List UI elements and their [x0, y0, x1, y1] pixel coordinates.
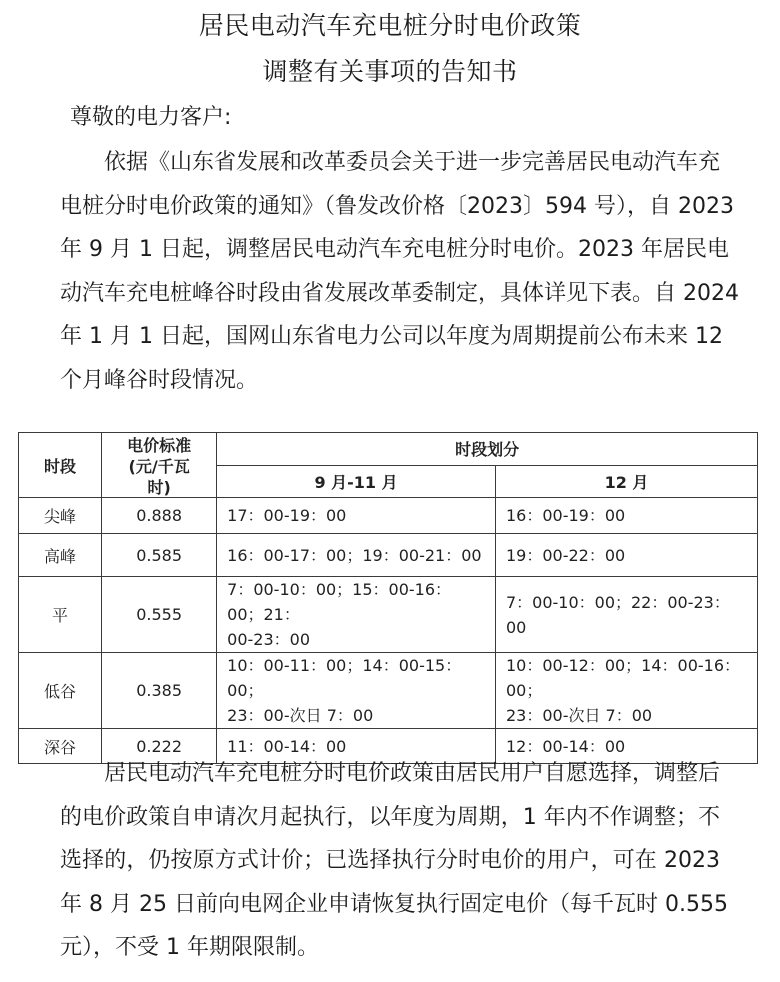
cell-sep-nov: 17：00-19：00 [217, 498, 496, 534]
text-line: 年 9 月 1 日起，调整居民电动汽车充电桩分时电价。2023 年居民电 [60, 228, 720, 272]
text-line: 年 1 月 1 日起，国网山东省电力公司以年度为周期提前公布未来 12 [60, 315, 720, 359]
cell-price: 0.585 [102, 534, 217, 577]
text-line: 的电价政策自申请次月起执行，以年度为周期，1 年内不作调整；不 [60, 796, 720, 840]
cell-price: 0.385 [102, 653, 217, 729]
text-line: 选择的，仍按原方式计价；已选择执行分时电价的用户，可在 2023 [60, 839, 720, 883]
header-time-division: 时段划分 [217, 433, 758, 466]
time-range: 23：00-次日 7：00 [506, 703, 747, 728]
time-range: 16：00-19：00 [506, 503, 747, 528]
header-price-line: 电价标准 [112, 435, 206, 456]
text-line: 电桩分时电价政策的通知》（鲁发改价格〔2023〕594 号），自 2023 [60, 185, 720, 229]
text-line: 元），不受 1 年期限限制。 [60, 926, 720, 970]
header-price-line: 时) [112, 477, 206, 497]
time-range: 10：00-12：00；14：00-16： [506, 653, 747, 678]
cell-period: 平 [19, 577, 102, 653]
table-row: 高峰 0.585 16：00-17：00；19：00-21：00 19：00-2… [19, 534, 758, 577]
cell-sep-nov: 10：00-11：00；14：00-15：00； 23：00-次日 7：00 [217, 653, 496, 729]
text-line: 个月峰谷时段情况。 [60, 359, 720, 403]
cell-price: 0.888 [102, 498, 217, 534]
time-range: 7：00-10：00；15：00-16：00；21： [227, 577, 485, 627]
text-line: 动汽车充电桩峰谷时段由省发展改革委制定，具体详见下表。自 2024 [60, 272, 720, 316]
time-range: 7：00-10：00；22：00-23：00 [506, 590, 747, 640]
cell-dec: 19：00-22：00 [495, 534, 757, 577]
time-of-use-price-table: 时段 电价标准 (元/千瓦 时) 时段划分 9 月-11 月 12 月 尖峰 0… [18, 432, 758, 764]
cell-dec: 16：00-19：00 [495, 498, 757, 534]
cell-period: 高峰 [19, 534, 102, 577]
text-line: 依据《山东省发展和改革委员会关于进一步完善居民电动汽车充 [60, 141, 720, 185]
table-row: 低谷 0.385 10：00-11：00；14：00-15：00； 23：00-… [19, 653, 758, 729]
cell-period: 低谷 [19, 653, 102, 729]
header-price-line: (元/千瓦 [112, 456, 206, 477]
cell-period: 尖峰 [19, 498, 102, 534]
text-line: 年 8 月 25 日前向电网企业申请恢复执行固定电价（每千瓦时 0.555 [60, 883, 720, 927]
header-dec: 12 月 [495, 465, 757, 498]
cell-sep-nov: 16：00-17：00；19：00-21：00 [217, 534, 496, 577]
greeting: 尊敬的电力客户: [70, 100, 231, 131]
table-row: 尖峰 0.888 17：00-19：00 16：00-19：00 [19, 498, 758, 534]
cell-dec: 10：00-12：00；14：00-16： 00； 23：00-次日 7：00 [495, 653, 757, 729]
header-period: 时段 [19, 433, 102, 498]
table-row: 平 0.555 7：00-10：00；15：00-16：00；21： 00-23… [19, 577, 758, 653]
time-range: 00-23：00 [227, 627, 485, 652]
text-line: 居民电动汽车充电桩分时电价政策由居民用户自愿选择，调整后 [60, 752, 720, 796]
time-range: 17：00-19：00 [227, 503, 485, 528]
time-range: 00； [506, 678, 747, 703]
time-range: 23：00-次日 7：00 [227, 703, 485, 728]
cell-sep-nov: 7：00-10：00；15：00-16：00；21： 00-23：00 [217, 577, 496, 653]
cell-price: 0.555 [102, 577, 217, 653]
document-title-line2: 调整有关事项的告知书 [0, 52, 780, 88]
paragraph-choice: 居民电动汽车充电桩分时电价政策由居民用户自愿选择，调整后 的电价政策自申请次月起… [60, 752, 720, 970]
paragraph-basis: 依据《山东省发展和改革委员会关于进一步完善居民电动汽车充 电桩分时电价政策的通知… [60, 141, 720, 402]
document-title-line1: 居民电动汽车充电桩分时电价政策 [0, 6, 780, 42]
time-range: 19：00-22：00 [506, 543, 747, 568]
time-range: 16：00-17：00；19：00-21：00 [227, 543, 485, 568]
time-range: 10：00-11：00；14：00-15：00； [227, 653, 485, 703]
header-price: 电价标准 (元/千瓦 时) [102, 433, 217, 498]
header-sep-nov: 9 月-11 月 [217, 465, 496, 498]
cell-dec: 7：00-10：00；22：00-23：00 [495, 577, 757, 653]
